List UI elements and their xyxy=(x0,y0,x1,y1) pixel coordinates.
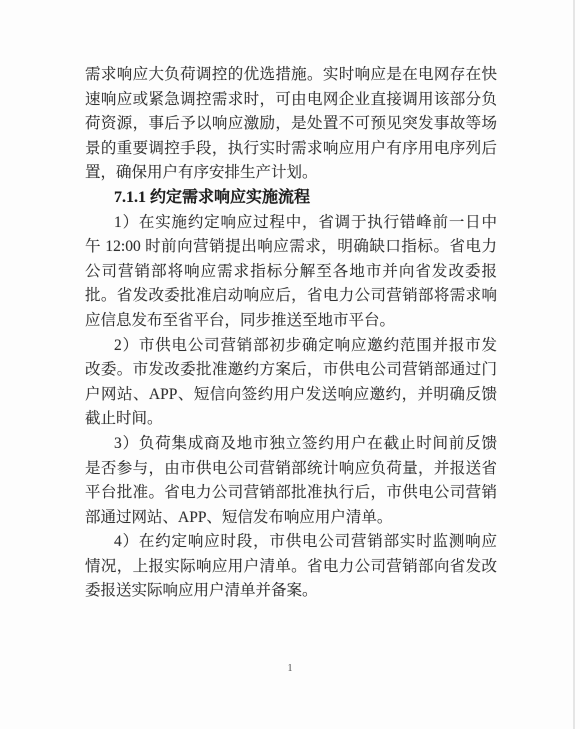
text-line: 景的重要调控手段，执行实时需求响应用户有序用电序列后 xyxy=(85,137,497,162)
page-scan-edge-line xyxy=(573,0,575,729)
page-number: 1 xyxy=(0,663,580,674)
text-line: 截止时间。 xyxy=(85,407,497,432)
text-line: 委报送实际响应用户清单并备案。 xyxy=(85,579,497,604)
section-heading: 7.1.1 约定需求响应实施流程 xyxy=(85,186,497,211)
text-line: 应信息发布至省平台，同步推送至地市平台。 xyxy=(85,309,497,334)
text-line: 速响应或紧急调控需求时，可由电网企业直接调用该部分负 xyxy=(85,88,497,113)
text-line: 2）市供电公司营销部初步确定响应邀约范围并报市发 xyxy=(85,334,497,359)
scanned-document-page: 需求响应大负荷调控的优选措施。实时响应是在电网存在快 速响应或紧急调控需求时，可… xyxy=(0,0,580,729)
text-line: 需求响应大负荷调控的优选措施。实时响应是在电网存在快 xyxy=(85,63,497,88)
text-line: 荷资源，事后予以响应激励，是处置不可预见突发事故等场 xyxy=(85,112,497,137)
text-line: 户网站、APP、短信向签约用户发送响应邀约，并明确反馈 xyxy=(85,383,497,408)
text-line: 3）负荷集成商及地市独立签约用户在截止时间前反馈 xyxy=(85,432,497,457)
text-line: 情况，上报实际响应用户清单。省电力公司营销部向省发改 xyxy=(85,555,497,580)
text-line: 4）在约定响应时段，市供电公司营销部实时监测响应 xyxy=(85,530,497,555)
text-line: 1）在实施约定响应过程中，省调于执行错峰前一日中 xyxy=(85,211,497,236)
text-line: 置，确保用户有序安排生产计划。 xyxy=(85,161,497,186)
text-line: 改委。市发改委批准邀约方案后，市供电公司营销部通过门 xyxy=(85,358,497,383)
document-text-block: 需求响应大负荷调控的优选措施。实时响应是在电网存在快 速响应或紧急调控需求时，可… xyxy=(85,63,497,604)
text-line: 公司营销部将响应需求指标分解至各地市并向省发改委报 xyxy=(85,260,497,285)
text-line: 平台批准。省电力公司营销部批准执行后，市供电公司营销 xyxy=(85,481,497,506)
text-line: 午 12:00 时前向营销提出响应需求，明确缺口指标。省电力 xyxy=(85,235,497,260)
text-line: 部通过网站、APP、短信发布响应用户清单。 xyxy=(85,506,497,531)
text-line: 是否参与，由市供电公司营销部统计响应负荷量，并报送省 xyxy=(85,457,497,482)
text-line: 批。省发改委批准启动响应后，省电力公司营销部将需求响 xyxy=(85,284,497,309)
